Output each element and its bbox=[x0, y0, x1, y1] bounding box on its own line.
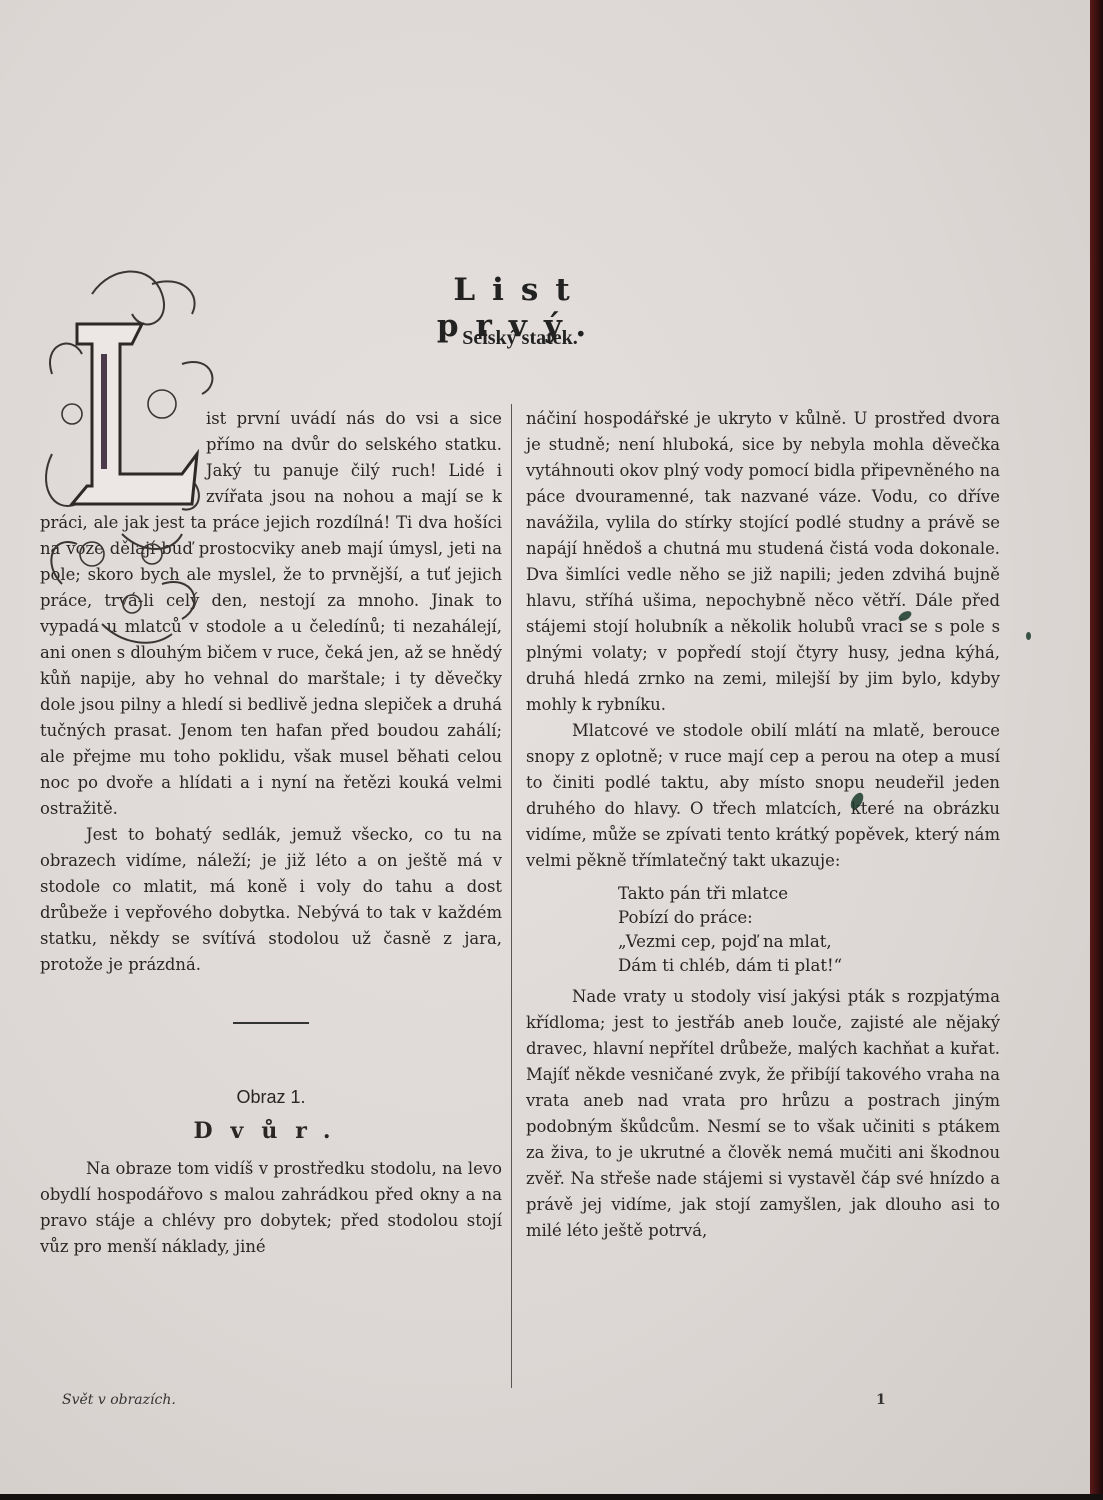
column-divider bbox=[511, 404, 512, 1388]
section-heading: Obraz 1. bbox=[40, 1084, 502, 1110]
poem-line: Pobízí do práce: bbox=[618, 906, 1000, 930]
page-number: 1 bbox=[876, 1392, 886, 1408]
section-title: Dvůr. bbox=[40, 1116, 502, 1146]
section-divider bbox=[233, 1022, 309, 1024]
page-edge bbox=[0, 1494, 1103, 1500]
page-edge bbox=[1090, 0, 1103, 1500]
paragraph: Mlatcové ve stodole obilí mlátí na mlatě… bbox=[526, 718, 1000, 874]
ornament-initial-icon bbox=[32, 254, 222, 654]
paragraph: Jest to bohatý sedlák, jemuž všecko, co … bbox=[40, 822, 502, 978]
right-column: náčiní hospodářské je ukryto v kůlně. U … bbox=[526, 406, 1000, 1244]
paragraph: Na obraze tom vidíš v prostředku stodolu… bbox=[40, 1156, 502, 1260]
book-page: List prvý. Selský statek. bbox=[0, 0, 1090, 1494]
page-subtitle: Selský statek. bbox=[420, 327, 620, 350]
book-signature: Svět v obrazích. bbox=[62, 1392, 176, 1408]
ornamental-initial-letter bbox=[32, 254, 202, 494]
left-column: ist první uvádí nás do vsi a sice přímo … bbox=[40, 406, 502, 1260]
paragraph: náčiní hospodářské je ukryto v kůlně. U … bbox=[526, 406, 1000, 718]
poem-line: „Vezmi cep, pojď na mlat, bbox=[618, 930, 1000, 954]
poem-line: Takto pán tři mlatce bbox=[618, 882, 1000, 906]
poem: Takto pán tři mlatce Pobízí do práce: „V… bbox=[618, 882, 1000, 978]
poem-line: Dám ti chléb, dám ti plat!“ bbox=[618, 954, 1000, 978]
paragraph: Nade vraty u stodoly visí jakýsi pták s … bbox=[526, 984, 1000, 1244]
ink-stain bbox=[1026, 632, 1031, 640]
